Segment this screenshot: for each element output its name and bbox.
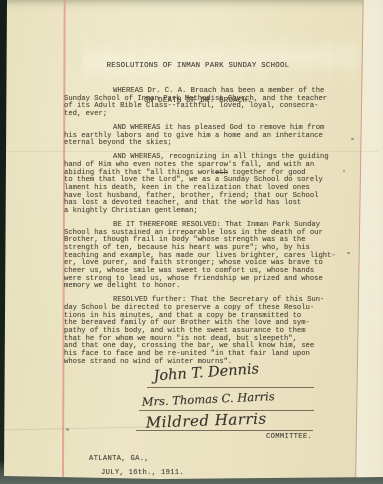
paragraph: AND WHEREAS it has pleased God to remove… — [64, 125, 336, 148]
paragraph: WHEREAS Dr. C. A. Broach has been a memb… — [64, 88, 336, 119]
document-title: RESOLUTIONS OF INMAN PARK SUNDAY SCHOOL — [64, 62, 332, 70]
document-page: RESOLUTIONS OF INMAN PARK SUNDAY SCHOOL … — [0, 0, 383, 484]
signature-john-t-dennis: John T. Dennis — [147, 367, 314, 388]
date-line: JULY, 16th., 1911. — [101, 469, 184, 477]
paragraph: RESOLVED further: That the Secretary of … — [64, 297, 336, 366]
paragraph: BE IT THEREFORE RESOLVED: That Inman Par… — [64, 222, 336, 291]
ink-speck — [343, 170, 345, 172]
signature-mildred-harris: Mildred Harris — [136, 412, 313, 431]
paragraph: AND WHEREAS, recognizing in all things t… — [64, 154, 336, 216]
committee-label: COMMITTEE. — [266, 433, 312, 441]
ink-speck — [66, 428, 69, 431]
place-line: ATLANTA, GA., — [89, 455, 149, 463]
photographed-document: RESOLUTIONS OF INMAN PARK SUNDAY SCHOOL … — [0, 0, 383, 484]
fold-crease — [2, 426, 152, 430]
ink-speck — [351, 138, 354, 140]
right-page-edge — [355, 0, 383, 484]
ink-speck — [347, 252, 350, 254]
paragraphs: WHEREAS Dr. C. A. Broach has been a memb… — [64, 88, 336, 373]
signature-text: Mrs. Thomas C. Harris — [138, 387, 313, 409]
signature-text: Mildred Harris — [135, 408, 313, 432]
text-line: a knightly Christian gentleman; — [64, 208, 336, 216]
text-line: memory we delight to honor. — [64, 283, 336, 291]
text-line: eternal beyond the skies; — [64, 140, 336, 148]
text-line: ted, ever; — [64, 111, 336, 119]
